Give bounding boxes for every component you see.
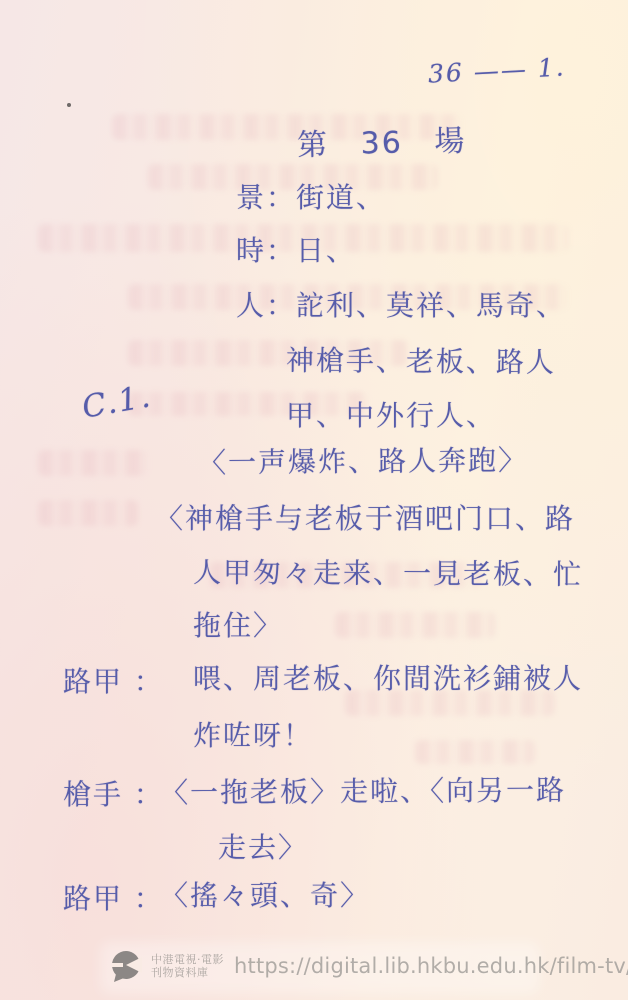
scene-title: 第 36 場 [296, 116, 466, 164]
margin-note: C.1. [79, 378, 154, 426]
stage-direction: 人甲匆々走来、一見老板、忙 [193, 551, 583, 593]
bleed-through-smudge [38, 500, 138, 526]
dialogue-line: 〈搖々頭、奇〉 [160, 874, 370, 914]
archive-name-line2: 刊物資料庫 [151, 966, 224, 979]
archive-name-line1: 中港電視·電影 [151, 953, 224, 966]
cast-line: 神槍手、老板、路人 [286, 339, 556, 381]
stage-direction: 〈一声爆炸、路人奔跑〉 [198, 439, 528, 482]
dialogue-line: 走去〉 [218, 826, 308, 866]
cast-line: 甲、中外行人、 [286, 394, 496, 434]
dialogue-line: 炸咗呀！ [193, 714, 313, 754]
bleed-through-smudge [335, 612, 495, 638]
archive-url: https://digital.lib.hkbu.edu.hk/film-tv/ [234, 954, 628, 978]
archive-watermark: 中港電視·電影 刊物資料庫 https://digital.lib.hkbu.e… [108, 948, 628, 984]
setting-line: 景：街道、 [236, 176, 386, 216]
scanned-script-page: 36 —— 1. 第 36 場 景：街道、 時：日、 人：詑利、莫祥、馬奇、 神… [0, 0, 628, 1000]
cast-line: 人：詑利、莫祥、馬奇、 [236, 284, 566, 324]
archive-name: 中港電視·電影 刊物資料庫 [151, 953, 224, 979]
dialogue-line: 喂、周老板、你間洗衫鋪被人 [193, 657, 583, 697]
bleed-through-smudge [415, 740, 535, 764]
dialogue-speaker: 路甲 ： [63, 877, 164, 917]
page-number: 36 —— 1. [427, 52, 566, 88]
dialogue-speaker: 路甲 ： [63, 660, 164, 700]
film-archive-logo-icon [108, 948, 144, 984]
stage-direction: 拖住〉 [193, 604, 283, 644]
bleed-through-smudge [38, 450, 148, 476]
stage-direction: 〈神槍手与老板于酒吧门口、路 [155, 497, 575, 537]
paper-speck [67, 103, 71, 107]
dialogue-line: 〈一拖老板〉走啦、〈向另一路 [160, 769, 566, 812]
dialogue-speaker: 槍手 ： [63, 773, 164, 813]
time-line: 時：日、 [236, 229, 356, 269]
